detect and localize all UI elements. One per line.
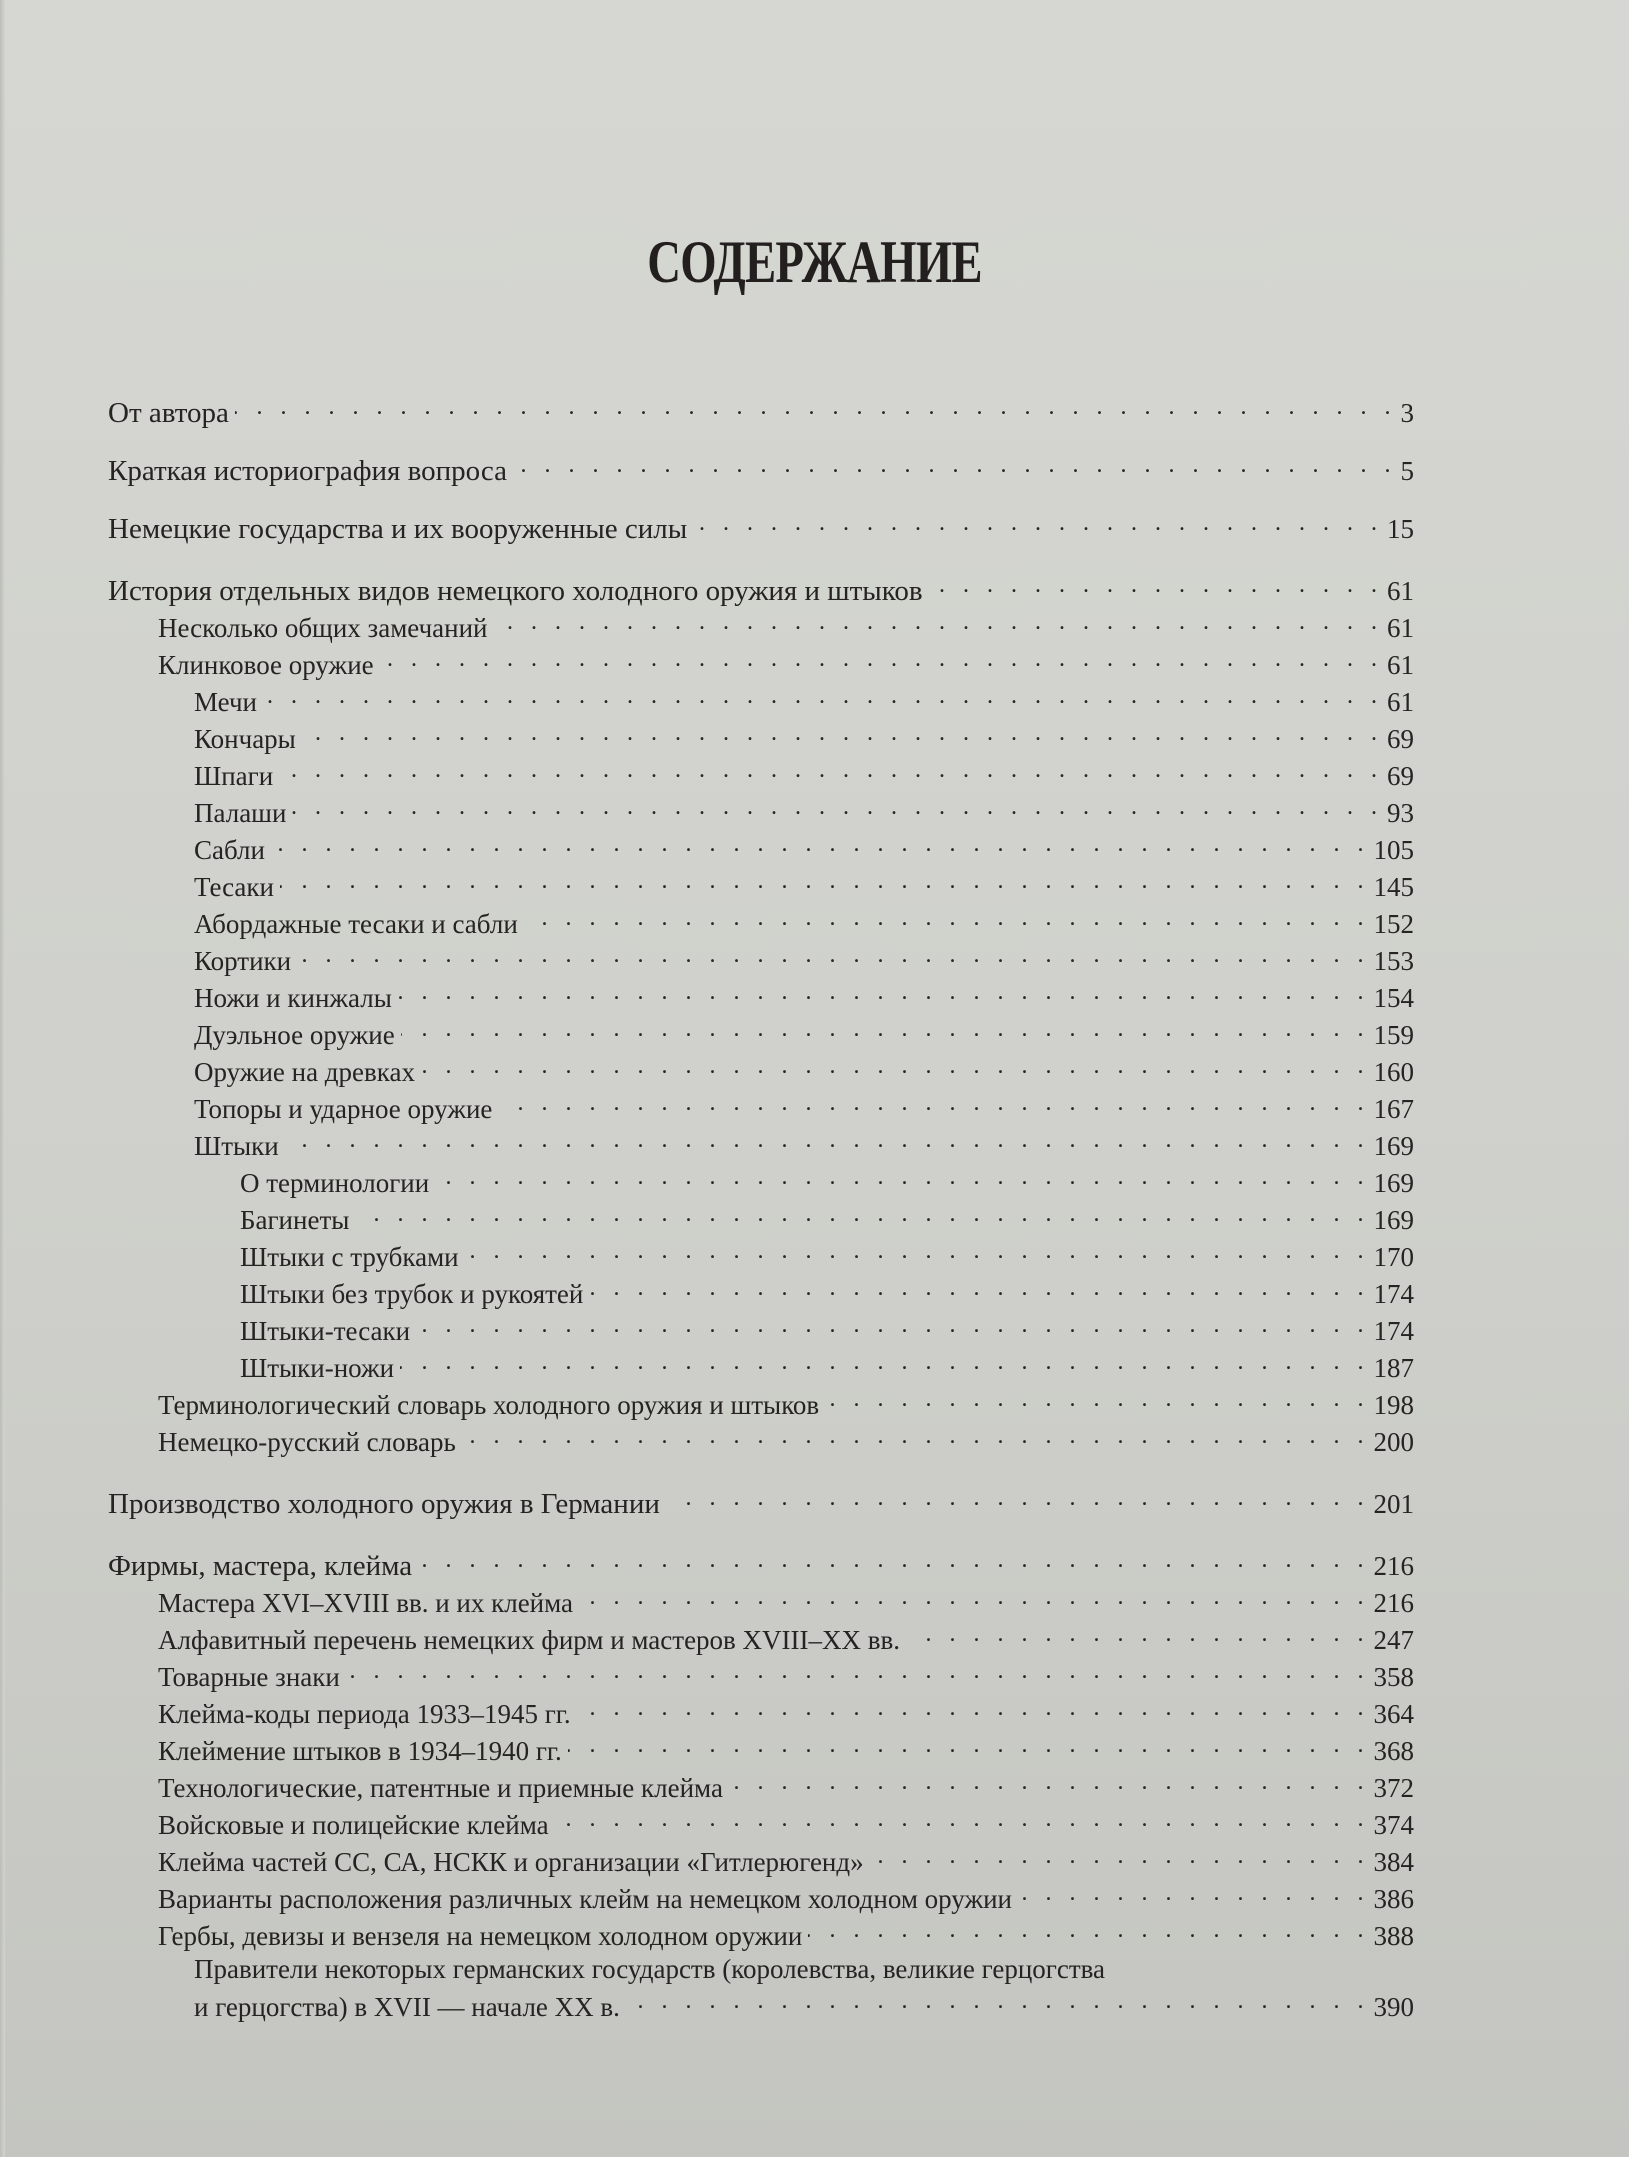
toc-entry[interactable]: Клинковое оружие61 bbox=[158, 644, 1414, 682]
dot-leader bbox=[1018, 1878, 1370, 1908]
toc-entry-label: Кончары bbox=[194, 722, 302, 756]
toc-entry[interactable]: Терминологический словарь холодного оруж… bbox=[158, 1384, 1414, 1422]
toc-entry-page-number: 364 bbox=[1370, 1697, 1415, 1731]
toc-entry-label: Войсковые и полицейские клейма bbox=[158, 1808, 555, 1842]
toc-entry-label: Товарные знаки bbox=[158, 1660, 346, 1694]
toc-entry-page-number: 198 bbox=[1370, 1388, 1415, 1422]
toc-entry-page-number: 5 bbox=[1397, 454, 1415, 488]
toc-entry-label: Фирмы, мастера, клейма bbox=[108, 1549, 418, 1583]
toc-entry-page-number: 15 bbox=[1383, 512, 1414, 546]
dot-leader bbox=[280, 866, 1370, 896]
dot-leader bbox=[906, 1619, 1369, 1649]
toc-entry-label: Клейма-коды периода 1933–1945 гг. bbox=[158, 1697, 577, 1731]
toc-entry[interactable]: Ножи и кинжалы154 bbox=[194, 977, 1414, 1015]
toc-entry-page-number: 69 bbox=[1383, 759, 1414, 793]
dot-leader bbox=[524, 903, 1370, 933]
dot-leader bbox=[421, 1051, 1370, 1081]
toc-entry-page-number: 200 bbox=[1370, 1425, 1415, 1459]
toc-entry[interactable]: Штыки-ножи187 bbox=[240, 1347, 1414, 1385]
toc-entry[interactable]: От автора3 bbox=[108, 392, 1414, 430]
toc-entry[interactable]: Правители некоторых германских государст… bbox=[194, 1952, 1414, 2024]
dot-leader bbox=[292, 792, 1383, 822]
toc-entry-label: Краткая историография вопроса bbox=[108, 454, 513, 488]
dot-leader bbox=[577, 1693, 1370, 1723]
toc-entry-page-number: 61 bbox=[1383, 685, 1414, 719]
toc-entry[interactable]: Мечи61 bbox=[194, 681, 1414, 719]
toc-entry-page-number: 174 bbox=[1370, 1277, 1415, 1311]
toc-entry-page-number: 247 bbox=[1370, 1623, 1415, 1657]
dot-leader bbox=[870, 1841, 1370, 1871]
toc-entry-label: Мечи bbox=[194, 685, 263, 719]
dot-leader bbox=[808, 1915, 1369, 1945]
toc-entry-page-number: 69 bbox=[1383, 722, 1414, 756]
toc-entry-label: Сабли bbox=[194, 833, 271, 867]
toc-entry-label: Штыки без трубок и рукоятей bbox=[240, 1277, 589, 1311]
toc-entry-page-number: 169 bbox=[1370, 1166, 1415, 1200]
toc-entry-label: Топоры и ударное оружие bbox=[194, 1092, 498, 1126]
toc-entry[interactable]: О терминологии169 bbox=[240, 1162, 1414, 1200]
toc-entry[interactable]: Дуэльное оружие159 bbox=[194, 1014, 1414, 1052]
toc-entry[interactable]: Краткая историография вопроса5 bbox=[108, 450, 1414, 488]
table-of-contents: От автора3Краткая историография вопроса5… bbox=[0, 0, 1629, 2157]
toc-entry-label: Оружие на древках bbox=[194, 1055, 421, 1089]
toc-entry[interactable]: Штыки-тесаки174 bbox=[240, 1310, 1414, 1348]
toc-entry-label: Варианты расположения различных клейм на… bbox=[158, 1882, 1018, 1916]
toc-entry-page-number: 169 bbox=[1370, 1129, 1415, 1163]
toc-entry-label: Штыки-тесаки bbox=[240, 1314, 416, 1348]
dot-leader bbox=[729, 1767, 1370, 1797]
toc-entry[interactable]: Клейма-коды периода 1933–1945 гг.364 bbox=[158, 1693, 1414, 1731]
toc-entry-page-number: 105 bbox=[1370, 833, 1415, 867]
toc-entry[interactable]: Фирмы, мастера, клейма216 bbox=[108, 1545, 1414, 1583]
dot-leader bbox=[355, 1199, 1369, 1229]
dot-leader bbox=[302, 718, 1383, 748]
toc-entry-label: Багинеты bbox=[240, 1203, 355, 1237]
toc-entry-page-number: 372 bbox=[1370, 1771, 1415, 1805]
toc-entry[interactable]: Немецкие государства и их вооруженные си… bbox=[108, 508, 1414, 546]
toc-entry[interactable]: Варианты расположения различных клейм на… bbox=[158, 1878, 1414, 1916]
toc-entry[interactable]: Технологические, патентные и приемные кл… bbox=[158, 1767, 1414, 1805]
toc-entry[interactable]: Клеймение штыков в 1934–1940 гг.368 bbox=[158, 1730, 1414, 1768]
dot-leader bbox=[400, 1347, 1369, 1377]
toc-entry[interactable]: Шпаги69 bbox=[194, 755, 1414, 793]
toc-entry[interactable]: Мастера XVI–XVIII вв. и их клейма216 bbox=[158, 1582, 1414, 1620]
toc-entry[interactable]: Штыки без трубок и рукоятей174 bbox=[240, 1273, 1414, 1311]
toc-entry[interactable]: Гербы, девизы и вензеля на немецком холо… bbox=[158, 1915, 1414, 1953]
toc-entry-page-number: 61 bbox=[1383, 648, 1414, 682]
toc-entry-page-number: 187 bbox=[1370, 1351, 1415, 1385]
toc-entry[interactable]: Кортики153 bbox=[194, 940, 1414, 978]
toc-entry-page-number: 93 bbox=[1383, 796, 1414, 830]
dot-leader bbox=[346, 1656, 1370, 1686]
toc-entry-label: Гербы, девизы и вензеля на немецком холо… bbox=[158, 1919, 808, 1953]
toc-entry[interactable]: Сабли105 bbox=[194, 829, 1414, 867]
toc-entry[interactable]: Кончары69 bbox=[194, 718, 1414, 756]
toc-entry-label: Клеймение штыков в 1934–1940 гг. bbox=[158, 1734, 568, 1768]
toc-entry-page-number: 216 bbox=[1370, 1549, 1415, 1583]
dot-leader bbox=[626, 1986, 1370, 2016]
dot-leader bbox=[235, 392, 1397, 422]
toc-entry-label-continued: и герцогства) в XVII — начале XX в. bbox=[194, 1990, 626, 2024]
toc-entry-label: Клейма частей СС, СА, НСКК и организации… bbox=[158, 1845, 870, 1879]
toc-entry[interactable]: Палаши93 bbox=[194, 792, 1414, 830]
dot-leader bbox=[589, 1273, 1369, 1303]
toc-entry-label: Несколько общих замечаний bbox=[158, 611, 494, 645]
toc-entry-label: Штыки-ножи bbox=[240, 1351, 400, 1385]
toc-entry-page-number: 170 bbox=[1370, 1240, 1415, 1274]
dot-leader bbox=[418, 1545, 1369, 1575]
dot-leader bbox=[825, 1384, 1369, 1414]
dot-leader bbox=[279, 755, 1383, 785]
toc-entry[interactable]: Абордажные тесаки и сабли152 bbox=[194, 903, 1414, 941]
dot-leader bbox=[462, 1421, 1370, 1451]
toc-entry-label: О терминологии bbox=[240, 1166, 435, 1200]
dot-leader bbox=[513, 450, 1397, 480]
toc-entry-page-number: 152 bbox=[1370, 907, 1415, 941]
toc-entry-page-number: 153 bbox=[1370, 944, 1415, 978]
toc-entry-label: Правители некоторых германских государст… bbox=[194, 1952, 1414, 1986]
toc-entry-page-number: 201 bbox=[1370, 1487, 1415, 1521]
toc-entry-page-number: 174 bbox=[1370, 1314, 1415, 1348]
toc-entry-label: Клинковое оружие bbox=[158, 648, 380, 682]
toc-entry-label: Немецкие государства и их вооруженные си… bbox=[108, 512, 693, 546]
toc-entry-label: Алфавитный перечень немецких фирм и маст… bbox=[158, 1623, 906, 1657]
toc-entry[interactable]: Тесаки145 bbox=[194, 866, 1414, 904]
toc-entry[interactable]: Клейма частей СС, СА, НСКК и организации… bbox=[158, 1841, 1414, 1879]
toc-entry-page-number: 61 bbox=[1383, 574, 1414, 608]
toc-entry-label: Абордажные тесаки и сабли bbox=[194, 907, 524, 941]
toc-entry-page-number: 160 bbox=[1370, 1055, 1415, 1089]
dot-leader bbox=[297, 940, 1369, 970]
toc-entry[interactable]: Алфавитный перечень немецких фирм и маст… bbox=[158, 1619, 1414, 1657]
dot-leader bbox=[555, 1804, 1370, 1834]
dot-leader bbox=[401, 1014, 1370, 1044]
dot-leader bbox=[465, 1236, 1370, 1266]
toc-entry-page-number: 61 bbox=[1383, 611, 1414, 645]
dot-leader bbox=[494, 607, 1384, 637]
toc-entry[interactable]: Оружие на древках160 bbox=[194, 1051, 1414, 1089]
toc-entry-label: Дуэльное оружие bbox=[194, 1018, 401, 1052]
dot-leader bbox=[666, 1483, 1370, 1513]
toc-entry-label: Терминологический словарь холодного оруж… bbox=[158, 1388, 825, 1422]
toc-entry-page-number: 145 bbox=[1370, 870, 1415, 904]
toc-entry-label: Мастера XVI–XVIII вв. и их клейма bbox=[158, 1586, 579, 1620]
toc-entry-label: Тесаки bbox=[194, 870, 280, 904]
toc-entry-page-number: 368 bbox=[1370, 1734, 1415, 1768]
toc-entry-page-number: 167 bbox=[1370, 1092, 1415, 1126]
toc-entry[interactable]: Несколько общих замечаний61 bbox=[158, 607, 1414, 645]
toc-entry-page-number: 216 bbox=[1370, 1586, 1415, 1620]
dot-leader bbox=[285, 1125, 1370, 1155]
toc-entry[interactable]: История отдельных видов немецкого холодн… bbox=[108, 570, 1414, 608]
toc-entry-label: Ножи и кинжалы bbox=[194, 981, 398, 1015]
toc-entry-page-number: 374 bbox=[1370, 1808, 1415, 1842]
dot-leader bbox=[693, 508, 1383, 538]
toc-entry[interactable]: Производство холодного оружия в Германии… bbox=[108, 1483, 1414, 1521]
toc-entry[interactable]: Багинеты169 bbox=[240, 1199, 1414, 1237]
toc-entry-label: Палаши bbox=[194, 796, 292, 830]
dot-leader bbox=[416, 1310, 1369, 1340]
dot-leader bbox=[498, 1088, 1369, 1118]
toc-entry[interactable]: Товарные знаки358 bbox=[158, 1656, 1414, 1694]
toc-entry-label: Производство холодного оружия в Германии bbox=[108, 1487, 666, 1521]
dot-leader bbox=[263, 681, 1383, 711]
toc-entry-label: Немецко-русский словарь bbox=[158, 1425, 462, 1459]
toc-entry[interactable]: Топоры и ударное оружие167 bbox=[194, 1088, 1414, 1126]
toc-entry[interactable]: Немецко-русский словарь200 bbox=[158, 1421, 1414, 1459]
toc-entry-label: Штыки bbox=[194, 1129, 285, 1163]
dot-leader bbox=[398, 977, 1370, 1007]
dot-leader bbox=[380, 644, 1383, 674]
toc-entry-page-number: 386 bbox=[1370, 1882, 1415, 1916]
toc-entry[interactable]: Штыки169 bbox=[194, 1125, 1414, 1163]
toc-entry-label: Штыки с трубками bbox=[240, 1240, 465, 1274]
toc-entry[interactable]: Войсковые и полицейские клейма374 bbox=[158, 1804, 1414, 1842]
toc-entry-page-number: 169 bbox=[1370, 1203, 1415, 1237]
toc-entry-page-number: 384 bbox=[1370, 1845, 1415, 1879]
dot-leader bbox=[579, 1582, 1369, 1612]
toc-entry-label: Шпаги bbox=[194, 759, 279, 793]
toc-entry-page-number: 388 bbox=[1370, 1919, 1415, 1953]
toc-entry-label: История отдельных видов немецкого холодн… bbox=[108, 574, 929, 608]
toc-entry-label: Технологические, патентные и приемные кл… bbox=[158, 1771, 729, 1805]
toc-entry-page-number: 358 bbox=[1370, 1660, 1415, 1694]
toc-entry-page-number: 159 bbox=[1370, 1018, 1415, 1052]
dot-leader bbox=[568, 1730, 1370, 1760]
dot-leader bbox=[929, 570, 1383, 600]
toc-entry-label: От автора bbox=[108, 396, 235, 430]
toc-entry-page-number: 154 bbox=[1370, 981, 1415, 1015]
toc-entry[interactable]: Штыки с трубками170 bbox=[240, 1236, 1414, 1274]
dot-leader bbox=[271, 829, 1370, 859]
toc-entry-label: Кортики bbox=[194, 944, 297, 978]
dot-leader bbox=[435, 1162, 1369, 1192]
toc-entry-page-number: 3 bbox=[1397, 396, 1415, 430]
toc-entry-page-number: 390 bbox=[1370, 1990, 1415, 2024]
